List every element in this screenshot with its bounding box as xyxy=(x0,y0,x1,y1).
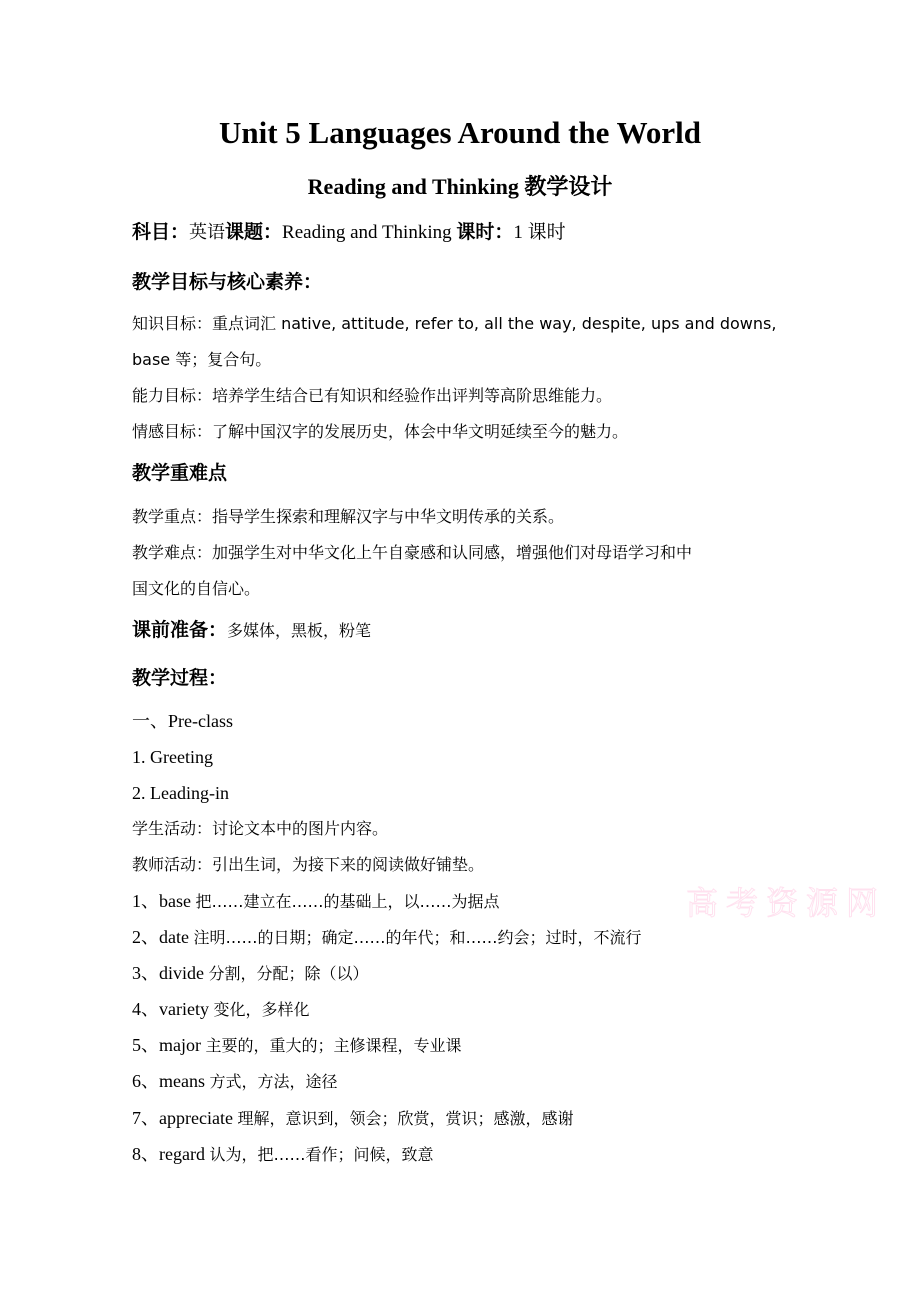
preparation-value: 多媒体，黑板，粉笔 xyxy=(227,621,371,640)
vocab-meaning: 分割，分配；除（以） xyxy=(209,964,369,983)
meta-line: 科目：英语课题：Reading and Thinking 课时：1 课时 xyxy=(132,220,566,245)
period-value: 1 课时 xyxy=(513,222,565,243)
vocab-item: 8、regard 认为，把……看作；问候，致意 xyxy=(132,1142,433,1167)
process-step-leading-in: 2. Leading-in xyxy=(132,781,229,805)
ability-objective: 能力目标：培养学生结合已有知识和经验作出评判等高阶思维能力。 xyxy=(132,384,612,408)
preparation-label: 课前准备： xyxy=(132,619,227,641)
subject-label: 科目： xyxy=(132,221,189,243)
vocab-word: variety xyxy=(159,999,213,1019)
vocab-item: 5、major 主要的，重大的；主修课程，专业课 xyxy=(132,1033,462,1058)
subject-value: 英语 xyxy=(189,222,225,243)
teacher-activity: 教师活动：引出生词，为接下来的阅读做好铺垫。 xyxy=(132,853,484,877)
vocab-item: 6、means 方式，方法，途径 xyxy=(132,1069,338,1094)
teaching-difficulty-line1: 教学难点：加强学生对中华文化上午自豪感和认同感，增强他们对母语学习和中 xyxy=(132,541,692,565)
student-activity: 学生活动：讨论文本中的图片内容。 xyxy=(132,817,388,841)
teaching-difficulty-line2: 国文化的自信心。 xyxy=(132,577,260,601)
topic-label: 课题： xyxy=(225,221,282,243)
document-subtitle: Reading and Thinking 教学设计 xyxy=(0,170,920,201)
vocab-meaning: 主要的，重大的；主修课程，专业课 xyxy=(206,1036,462,1055)
knowledge-objective-line2: base 等；复合句。 xyxy=(132,348,271,372)
knowledge-objective-line1: 知识目标：重点词汇 native, attitude, refer to, al… xyxy=(132,312,776,336)
vocab-num: 4、 xyxy=(132,999,159,1019)
vocab-item: 2、date 注明……的日期；确定……的年代；和……约会；过时，不流行 xyxy=(132,925,642,950)
vocab-num: 5、 xyxy=(132,1035,159,1055)
topic-value: Reading and Thinking xyxy=(282,222,456,243)
process-step-greeting: 1. Greeting xyxy=(132,745,213,769)
period-label: 课时： xyxy=(456,221,513,243)
vocab-word: date xyxy=(159,927,193,947)
vocab-item: 7、appreciate 理解，意识到，领会；欣赏，赏识；感激，感谢 xyxy=(132,1106,573,1131)
vocab-word: major xyxy=(159,1035,206,1055)
document-page: Unit 5 Languages Around the World Readin… xyxy=(0,0,920,1302)
preparation-line: 课前准备：多媒体，黑板，粉笔 xyxy=(132,618,371,643)
vocab-num: 2、 xyxy=(132,927,159,947)
vocab-word: base xyxy=(159,891,195,911)
vocab-num: 1、 xyxy=(132,891,159,911)
emotion-objective: 情感目标：了解中国汉字的发展历史，体会中华文明延续至今的魅力。 xyxy=(132,420,628,444)
objectives-heading: 教学目标与核心素养： xyxy=(132,270,322,294)
vocab-item: 3、divide 分割，分配；除（以） xyxy=(132,961,369,986)
key-points-heading: 教学重难点 xyxy=(132,461,227,485)
vocab-num: 3、 xyxy=(132,963,159,983)
watermark: 高考资源网 xyxy=(686,878,886,924)
vocab-word: appreciate xyxy=(159,1108,237,1128)
vocab-meaning: 理解，意识到，领会；欣赏，赏识；感激，感谢 xyxy=(237,1109,573,1128)
vocab-word: means xyxy=(159,1071,209,1091)
vocab-meaning: 把……建立在……的基础上，以……为据点 xyxy=(195,892,499,911)
vocab-word: regard xyxy=(159,1144,209,1164)
vocab-meaning: 方式，方法，途径 xyxy=(209,1072,337,1091)
vocab-num: 6、 xyxy=(132,1071,159,1091)
vocab-num: 8、 xyxy=(132,1144,159,1164)
document-title: Unit 5 Languages Around the World xyxy=(0,115,920,151)
vocab-meaning: 变化，多样化 xyxy=(213,1000,309,1019)
vocab-meaning: 认为，把……看作；问候，致意 xyxy=(209,1145,433,1164)
teaching-focus: 教学重点：指导学生探索和理解汉字与中华文明传承的关系。 xyxy=(132,505,564,529)
vocab-num: 7、 xyxy=(132,1108,159,1128)
process-section: 一、Pre-class xyxy=(132,709,233,733)
process-heading: 教学过程： xyxy=(132,666,227,690)
vocab-word: divide xyxy=(159,963,209,983)
vocab-item: 4、variety 变化，多样化 xyxy=(132,997,310,1022)
vocab-meaning: 注明……的日期；确定……的年代；和……约会；过时，不流行 xyxy=(193,928,641,947)
vocab-item: 1、base 把……建立在……的基础上，以……为据点 xyxy=(132,889,500,914)
